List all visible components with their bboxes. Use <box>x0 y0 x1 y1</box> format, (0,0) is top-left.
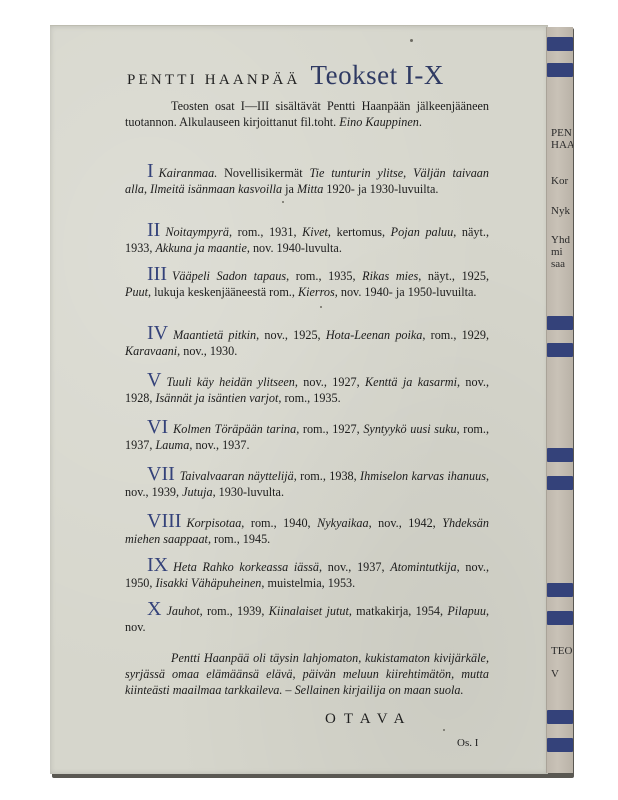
work-title: Kairanmaa. <box>159 166 218 180</box>
work-title: Tie tunturin ylitse <box>310 166 404 180</box>
work-details: , 1930-luvulta. <box>213 485 284 499</box>
book-spine: PENHAAKorNykYhdmisaaTEOV <box>546 27 573 773</box>
volume-entry: IXHeta Rahko korkeassa iässä, nov., 1937… <box>125 557 489 591</box>
work-title: Tuuli käy heidän ylitseen <box>166 375 294 389</box>
work-details: 1920- ja 1930-luvuilta. <box>323 182 438 196</box>
intro-end: . <box>419 115 422 129</box>
spine-stripe <box>547 63 573 77</box>
volume-entry: VIITaivalvaaran näyttelijä, rom., 1938, … <box>125 466 489 500</box>
work-details: , matkakirja, 1954, <box>349 604 448 618</box>
cover-header: PENTTI HAANPÄÄ Teokset I-X <box>127 60 444 91</box>
spine-stripe <box>547 448 573 462</box>
volume-entry: VIKolmen Töräpään tarina, rom., 1927, Sy… <box>125 419 489 453</box>
work-title: Iisakki Vähäpuheinen <box>155 576 261 590</box>
volume-numeral: V <box>147 369 161 391</box>
volume-entry: IIIVääpeli Sadon tapaus, rom., 1935, Rik… <box>125 266 489 300</box>
work-title: Hota-Leenan poika <box>326 328 423 342</box>
volume-numeral: VII <box>147 463 175 485</box>
work-title: Kenttä ja kasarmi <box>365 375 457 389</box>
spine-text: HAA <box>551 139 573 151</box>
work-title: Lauma <box>155 438 189 452</box>
spine-stripe <box>547 316 573 330</box>
spine-stripe <box>547 611 573 625</box>
spine-stripe <box>547 343 573 357</box>
work-details: , nov., 1937. <box>189 438 249 452</box>
paper-speck <box>410 39 413 42</box>
paper-speck <box>282 201 284 203</box>
work-details: , rom., 1927, <box>296 422 363 436</box>
series-title: Teokset I-X <box>311 60 444 90</box>
work-details: , rom., 1935, <box>286 269 362 283</box>
work-title: Mitta <box>297 182 323 196</box>
spine-text: Nyk <box>551 205 570 217</box>
volume-entry: IKairanmaa. Novellisikermät Tie tunturin… <box>125 163 489 197</box>
volume-numeral: X <box>147 598 161 620</box>
work-details: , rom., 1935. <box>278 391 340 405</box>
author-quote: Pentti Haanpää oli täysin lahjomaton, ku… <box>125 650 489 698</box>
work-details: , kertomus, <box>328 225 391 239</box>
work-title: Atomintutkija <box>390 560 456 574</box>
work-details: , rom., 1929, <box>422 328 489 342</box>
work-title: Karavaani <box>125 344 177 358</box>
work-details: , nov., 1925, <box>256 328 326 342</box>
work-details: , nov., 1937, <box>319 560 390 574</box>
work-details: , muistelmia, 1953. <box>261 576 355 590</box>
work-details: , nov. 1940-luvulta. <box>247 241 342 255</box>
volume-entry: IVMaantietä pitkin, nov., 1925, Hota-Lee… <box>125 325 489 359</box>
work-title: Taivalvaaran näyttelijä <box>180 469 294 483</box>
work-title: Jauhot <box>166 604 199 618</box>
intro-paragraph: Teosten osat I—III sisältävät Pentti Haa… <box>125 98 489 130</box>
work-title: Pilapuu <box>447 604 486 618</box>
work-details: , nov., 1930. <box>177 344 237 358</box>
spine-text: TEO <box>551 645 572 657</box>
work-title: Kiinalaiset jutut <box>269 604 349 618</box>
intro-text: Teosten osat I—III sisältävät Pentti Haa… <box>125 99 489 129</box>
work-title: Isännät ja isäntien varjot <box>155 391 278 405</box>
volume-entry: VTuuli käy heidän ylitseen, nov., 1927, … <box>125 372 489 406</box>
volume-entry: XJauhot, rom., 1939, Kiinalaiset jutut, … <box>125 601 489 635</box>
work-title: Korpisotaa <box>186 516 241 530</box>
intro-editor: Eino Kauppinen <box>339 115 419 129</box>
work-title: Kivet <box>302 225 328 239</box>
work-details: , lukuja keskenjääneestä rom., <box>148 285 298 299</box>
work-details: , rom., 1931, <box>229 225 302 239</box>
volume-numeral: VIII <box>147 510 181 532</box>
volume-numeral: VI <box>147 416 168 438</box>
work-title: Jutuja <box>182 485 212 499</box>
spine-stripe <box>547 37 573 51</box>
volume-numeral: I <box>147 160 154 182</box>
work-title: Syntyykö uusi suku <box>363 422 456 436</box>
spine-stripe <box>547 583 573 597</box>
work-details: , rom., 1940, <box>241 516 317 530</box>
work-title: Kierros <box>298 285 335 299</box>
spine-stripe <box>547 476 573 490</box>
work-title: Nykyaikaa <box>317 516 368 530</box>
work-title: Pojan paluu <box>391 225 454 239</box>
volume-numeral: IX <box>147 554 168 576</box>
work-title: Kolmen Töräpään tarina <box>173 422 296 436</box>
work-title: Rikas mies <box>362 269 418 283</box>
spine-text: saa <box>551 258 565 270</box>
volume-numeral: II <box>147 219 160 241</box>
spine-stripe <box>547 710 573 724</box>
volume-entry: IINoitaympyrä, rom., 1931, Kivet, kertom… <box>125 222 489 256</box>
paper-speck <box>443 729 445 731</box>
work-title: Ihmiselon karvas ihanuus <box>360 469 486 483</box>
work-details: , nov. 1940- ja 1950-luvuilta. <box>335 285 477 299</box>
publisher-name: OTAVA <box>325 711 412 728</box>
work-details: , rom., 1938, <box>294 469 360 483</box>
work-details: , rom., 1939, <box>200 604 269 618</box>
work-details: , rom., 1945. <box>208 532 270 546</box>
work-title: Maantietä pitkin <box>173 328 256 342</box>
work-title: Heta Rahko korkeassa iässä <box>173 560 319 574</box>
paper-speck <box>320 306 322 308</box>
spine-text: V <box>551 668 559 680</box>
volume-numeral: III <box>147 263 167 285</box>
work-details: , nov., 1942, <box>369 516 443 530</box>
catalog-code: Os. I <box>457 737 478 749</box>
spine-text: Kor <box>551 175 568 187</box>
volume-numeral: IV <box>147 322 168 344</box>
volume-entry: VIIIKorpisotaa, rom., 1940, Nykyaikaa, n… <box>125 513 489 547</box>
spine-text: Yhd <box>551 234 570 246</box>
work-title: Noitaympyrä <box>165 225 229 239</box>
work-title: Vääpeli Sadon tapaus <box>172 269 286 283</box>
author-name: PENTTI HAANPÄÄ <box>127 72 301 88</box>
work-details: ja <box>282 182 297 196</box>
work-details: Novellisikermät <box>217 166 309 180</box>
spine-text: PEN <box>551 127 572 139</box>
spine-stripe <box>547 738 573 752</box>
work-details: , nov., 1927, <box>295 375 365 389</box>
work-title: Ilmeitä isänmaan kasvoilla <box>150 182 282 196</box>
spine-text: mi <box>551 246 563 258</box>
work-title: Puut <box>125 285 148 299</box>
work-title: Akkuna ja maantie <box>155 241 246 255</box>
work-details: , <box>403 166 413 180</box>
work-details: , näyt., 1925, <box>418 269 489 283</box>
